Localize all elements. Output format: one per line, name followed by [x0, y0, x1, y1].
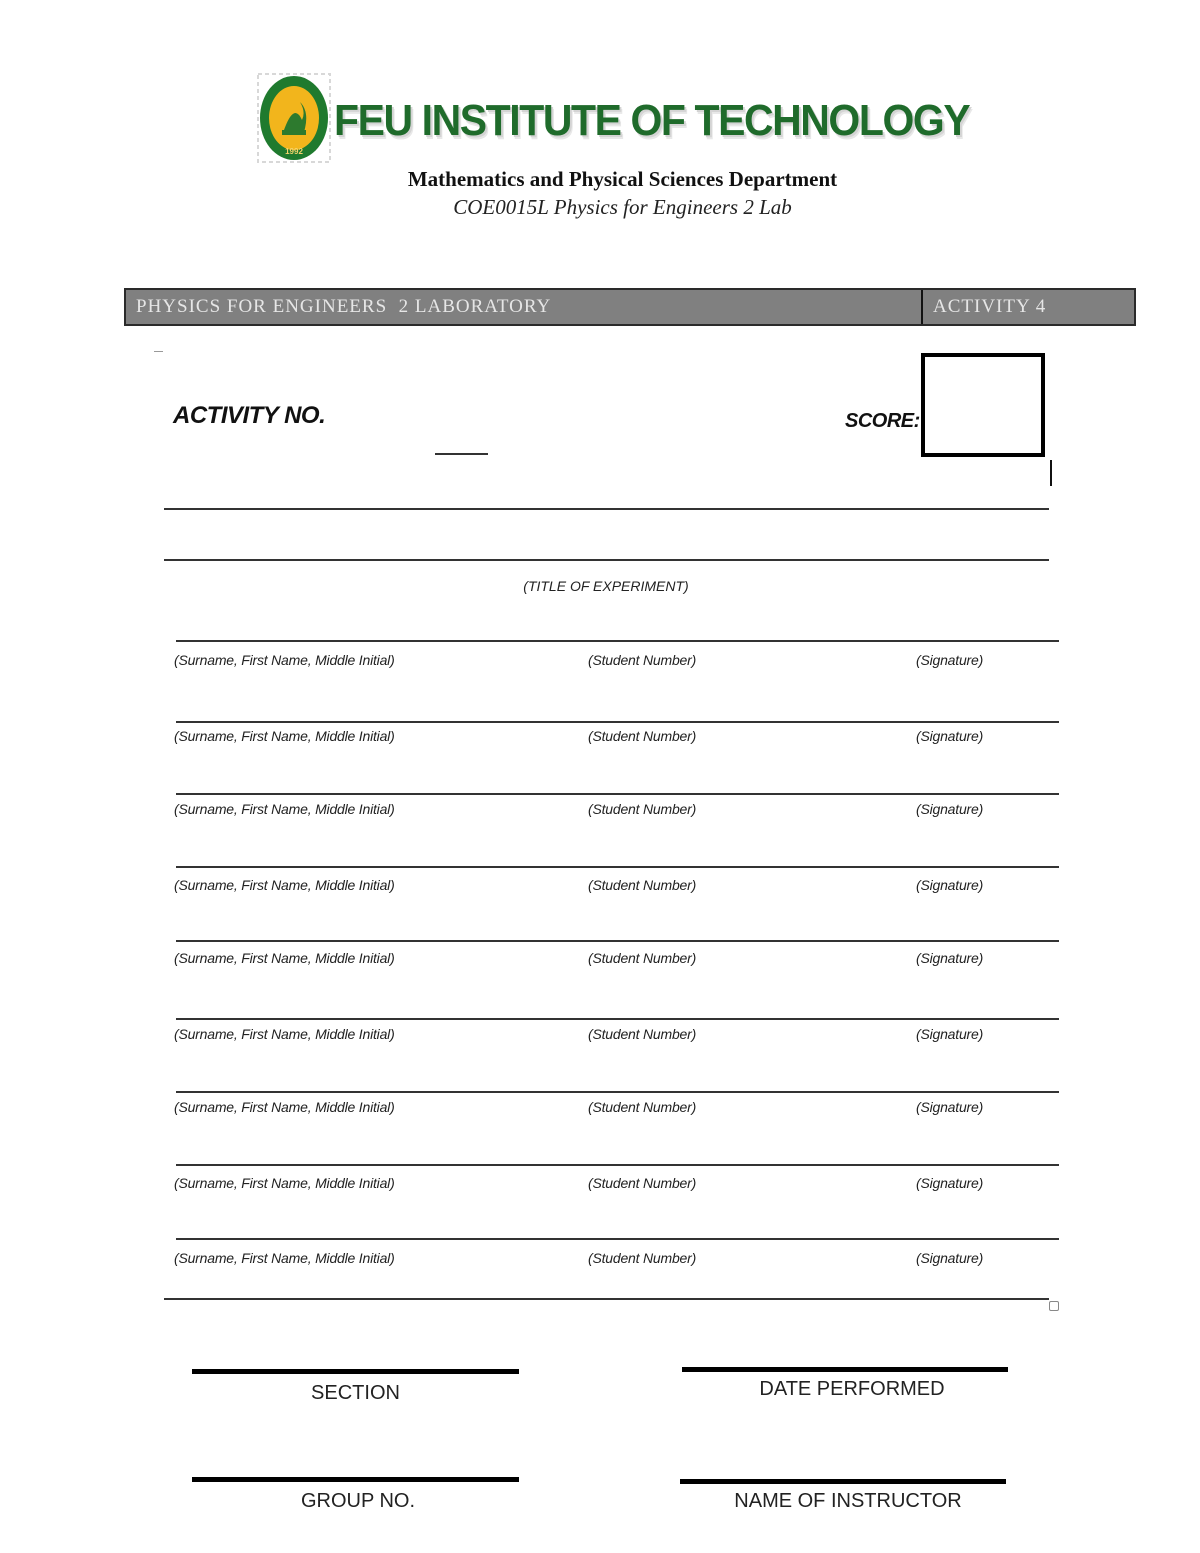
- score-label: SCORE:: [845, 410, 920, 433]
- course-name: COE0015L Physics for Engineers 2 Lab: [0, 195, 1200, 220]
- group-no-label: GROUP NO.: [192, 1490, 524, 1513]
- student-name-label: (Surname, First Name, Middle Initial): [174, 1250, 395, 1266]
- student-name-label: (Surname, First Name, Middle Initial): [174, 877, 395, 893]
- instructor-line[interactable]: [680, 1479, 1006, 1484]
- student-name-label: (Surname, First Name, Middle Initial): [174, 950, 395, 966]
- student-list-end-line: [164, 1298, 1049, 1300]
- score-box[interactable]: [921, 353, 1045, 457]
- instructor-label: NAME OF INSTRUCTOR: [680, 1490, 1016, 1513]
- student-row-line[interactable]: [176, 940, 1059, 942]
- student-number-label: (Student Number): [588, 728, 696, 744]
- student-number-label: (Student Number): [588, 950, 696, 966]
- student-signature-label: (Signature): [916, 1175, 983, 1191]
- banner-activity-cell: ACTIVITY 4: [923, 290, 1134, 324]
- student-name-label: (Surname, First Name, Middle Initial): [174, 801, 395, 817]
- student-signature-label: (Signature): [916, 1099, 983, 1115]
- section-label: SECTION: [192, 1382, 519, 1405]
- group-no-line[interactable]: [192, 1477, 519, 1482]
- section-line[interactable]: [192, 1369, 519, 1374]
- institution-seal-logo: 1992: [256, 72, 332, 164]
- student-signature-label: (Signature): [916, 652, 983, 668]
- student-signature-label: (Signature): [916, 877, 983, 893]
- svg-text:1992: 1992: [285, 147, 303, 156]
- student-row-line[interactable]: [176, 866, 1059, 868]
- lab-banner: PHYSICS FOR ENGINEERS 2 LABORATORY ACTIV…: [124, 288, 1136, 326]
- resize-handle-icon[interactable]: [1049, 1301, 1059, 1311]
- student-number-label: (Student Number): [588, 877, 696, 893]
- student-row-line[interactable]: [176, 721, 1059, 723]
- student-name-label: (Surname, First Name, Middle Initial): [174, 1099, 395, 1115]
- student-name-label: (Surname, First Name, Middle Initial): [174, 1026, 395, 1042]
- student-signature-label: (Signature): [916, 801, 983, 817]
- decorative-dash: [154, 351, 163, 352]
- department-name: Mathematics and Physical Sciences Depart…: [0, 167, 1200, 192]
- student-name-label: (Surname, First Name, Middle Initial): [174, 728, 395, 744]
- banner-title-cell: PHYSICS FOR ENGINEERS 2 LABORATORY: [126, 290, 923, 324]
- experiment-title-line-2[interactable]: [164, 559, 1049, 561]
- student-signature-label: (Signature): [916, 1250, 983, 1266]
- student-number-label: (Student Number): [588, 1175, 696, 1191]
- student-number-label: (Student Number): [588, 1099, 696, 1115]
- student-number-label: (Student Number): [588, 1250, 696, 1266]
- student-signature-label: (Signature): [916, 728, 983, 744]
- student-name-label: (Surname, First Name, Middle Initial): [174, 1175, 395, 1191]
- student-number-label: (Student Number): [588, 1026, 696, 1042]
- date-performed-label: DATE PERFORMED: [682, 1378, 1022, 1401]
- student-number-label: (Student Number): [588, 801, 696, 817]
- student-name-label: (Surname, First Name, Middle Initial): [174, 652, 395, 668]
- banner-activity: ACTIVITY 4: [933, 296, 1046, 318]
- activity-number-field[interactable]: [435, 453, 488, 455]
- student-row-line[interactable]: [176, 1238, 1059, 1240]
- experiment-title-caption: (TITLE OF EXPERIMENT): [0, 578, 1200, 594]
- student-row-line[interactable]: [176, 1018, 1059, 1020]
- student-row-line[interactable]: [176, 1091, 1059, 1093]
- date-performed-line[interactable]: [682, 1367, 1008, 1372]
- student-row-line[interactable]: [176, 793, 1059, 795]
- student-number-label: (Student Number): [588, 652, 696, 668]
- student-row-line[interactable]: [176, 1164, 1059, 1166]
- student-signature-label: (Signature): [916, 1026, 983, 1042]
- institution-name: FEU INSTITUTE OF TECHNOLOGY: [334, 96, 969, 146]
- student-signature-label: (Signature): [916, 950, 983, 966]
- student-row-line[interactable]: [176, 640, 1059, 642]
- text-cursor: [1050, 460, 1052, 486]
- banner-title: PHYSICS FOR ENGINEERS 2 LABORATORY: [136, 296, 551, 318]
- experiment-title-line-1[interactable]: [164, 508, 1049, 510]
- activity-number-label: ACTIVITY NO.: [173, 402, 325, 430]
